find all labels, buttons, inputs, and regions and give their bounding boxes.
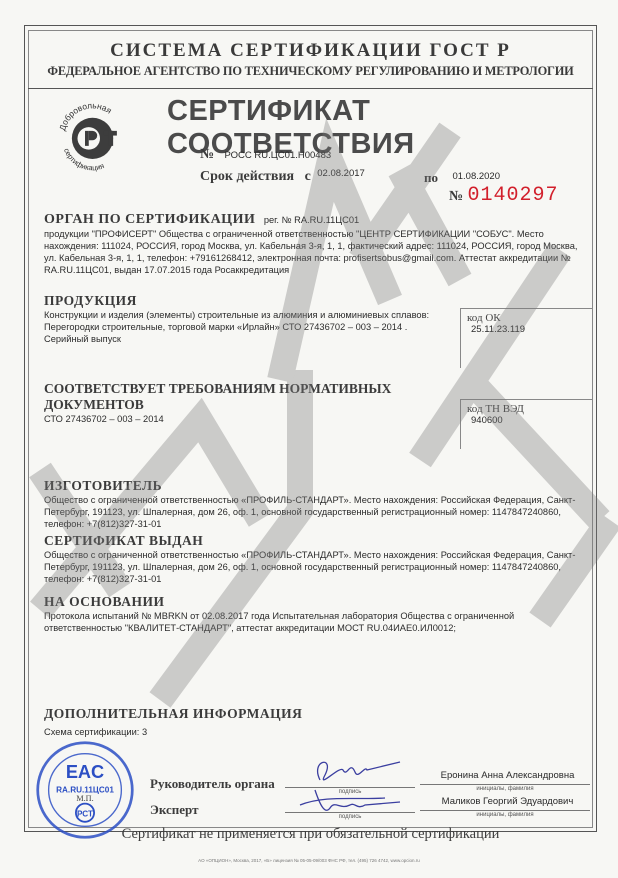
basis-text: Протокола испытаний № MBRKN от 02.08.201… [44,610,589,634]
basis-section: НА ОСНОВАНИИ Протокола испытаний № MBRKN… [44,594,589,634]
name-caption-head: инициалы, фамилия [420,786,590,792]
certification-body-reg: рег. № RA.RU.11ЦС01 [264,215,359,225]
compliance-section: СООТВЕТСТВУЕТ ТРЕБОВАНИЯМ НОРМАТИВНЫХ ДО… [44,381,464,425]
signature-role-expert: Эксперт [150,802,198,818]
svg-text:РСТ: РСТ [77,809,93,818]
system-title: СИСТЕМА СЕРТИФИКАЦИИ ГОСТ Р [28,40,593,62]
name-caption-expert: инициалы, фамилия [420,812,590,818]
okp-code-box: код ОК 25.11.23.119 [460,308,593,368]
certification-body-heading: ОРГАН ПО СЕРТИФИКАЦИИ [44,212,255,227]
certification-body-text: продукции "ПРОФИСЕРТ" Общества с огранич… [44,228,589,276]
svg-text:М.П.: М.П. [76,794,93,803]
header-divider [28,88,593,89]
issued-to-text: Общество с ограниченной ответственностью… [44,549,589,585]
issued-to-section: СЕРТИФИКАТ ВЫДАН Общество с ограниченной… [44,533,589,585]
okp-code-label: код ОК [467,312,587,324]
blank-number-label: № [449,189,463,204]
from-date: 02.08.2017 [317,168,365,179]
name-line-head [420,784,590,785]
product-line-3: Серийный выпуск [44,333,454,345]
product-section: ПРОДУКЦИЯ Конструкции и изделия (элемент… [44,293,454,345]
additional-text: Схема сертификации: 3 [44,726,344,738]
signature-role-head: Руководитель органа [150,776,275,792]
svg-text:EAC: EAC [66,762,104,782]
okp-code-value: 25.11.23.119 [471,324,587,335]
name-line-expert [420,810,590,811]
additional-section: ДОПОЛНИТЕЛЬНАЯ ИНФОРМАЦИЯ Схема сертифик… [44,706,344,738]
manufacturer-section: ИЗГОТОВИТЕЛЬ Общество с ограниченной отв… [44,478,589,530]
manufacturer-text: Общество с ограниченной ответственностью… [44,494,589,530]
tnved-code-label: код ТН ВЭД [467,403,587,415]
certification-body-section: ОРГАН ПО СЕРТИФИКАЦИИ рег. № RA.RU.11ЦС0… [44,210,589,276]
compliance-text: СТО 27436702 – 003 – 2014 [44,413,464,425]
handwritten-signature-icon [295,750,405,825]
tnved-code-value: 940600 [471,415,587,426]
blank-number: 0140297 [468,184,559,207]
certificate-number-row: № РОСС RU.ЦС01.Н00483 [200,145,331,163]
to-label: по [424,170,438,185]
product-line-1: Конструкции и изделия (элементы) строите… [44,309,454,321]
manufacturer-heading: ИЗГОТОВИТЕЛЬ [44,478,589,494]
validity-label: Срок действия [200,169,294,184]
to-date: 01.08.2020 [452,171,500,182]
validity-row: Срок действия с 02.08.2017 [200,167,365,185]
basis-heading: НА ОСНОВАНИИ [44,594,589,610]
product-line-2: Перегородки строительные, торговой марки… [44,321,454,333]
compliance-heading: СООТВЕТСТВУЕТ ТРЕБОВАНИЯМ НОРМАТИВНЫХ ДО… [44,381,464,413]
blank-number-row: № 0140297 [449,184,559,207]
additional-heading: ДОПОЛНИТЕЛЬНАЯ ИНФОРМАЦИЯ [44,706,344,722]
notice-text: Сертификат не применяется при обязательн… [28,826,593,843]
issued-to-heading: СЕРТИФИКАТ ВЫДАН [44,533,589,549]
certificate-number: РОСС RU.ЦС01.Н00483 [225,150,332,161]
number-label: № [200,147,214,162]
from-label: с [305,169,311,184]
rst-logo-icon: Добровольная сертификация [55,99,130,174]
signature-name-expert: Маликов Георгий Эдуардович [420,796,595,807]
printer-footer: АО «ОПЦИОН», Москва, 2017, «Б» лицензия … [0,858,618,863]
product-heading: ПРОДУКЦИЯ [44,293,454,309]
signature-name-head: Еронина Анна Александровна [420,770,595,781]
certification-stamp-icon: EAC RA.RU.11ЦС01 М.П. РСТ [30,740,140,840]
tnved-code-box: код ТН ВЭД 940600 [460,399,593,449]
agency-title: ФЕДЕРАЛЬНОЕ АГЕНТСТВО ПО ТЕХНИЧЕСКОМУ РЕ… [28,64,593,79]
